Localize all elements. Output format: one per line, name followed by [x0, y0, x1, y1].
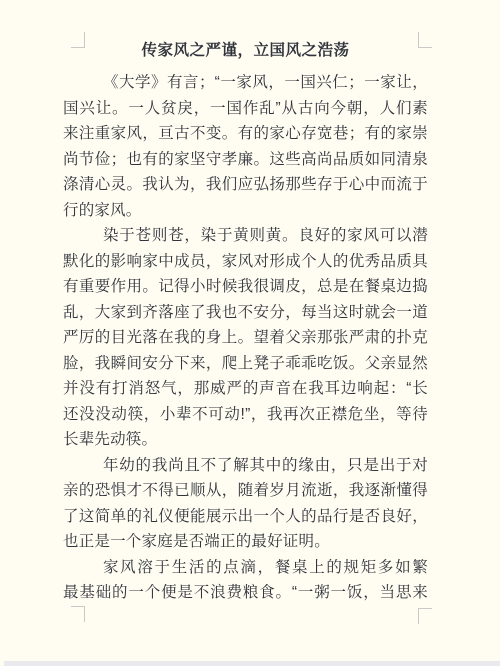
text-line: 行的家风。	[63, 198, 428, 224]
text-line: 涤清心灵。我认为，我们应弘扬那些存于心中而流于	[63, 172, 428, 198]
text-line: 长辈先动筷。	[63, 427, 428, 453]
text-boundary-mark-bottom-right	[418, 608, 432, 624]
text-line: 国兴让。一人贫戾，一国作乱”从古向今朝，人们素	[63, 96, 428, 122]
text-line: 严厉的目光落在我的身上。望着父亲那张严肃的扑克	[63, 325, 428, 351]
document-page: 传家风之严谨，立国风之浩荡 《大学》有言；“一家风，一国兴仁；一家让，一国兴让。…	[0, 0, 500, 666]
text-boundary-mark-bottom-left	[71, 606, 85, 622]
text-line: 有重要作用。记得小时候我很调皮，总是在餐桌边捣	[63, 274, 428, 300]
document-content: 传家风之严谨，立国风之浩荡 《大学》有言；“一家风，一国兴仁；一家让，一国兴让。…	[63, 38, 428, 606]
text-line: 并没有打消怒气，那威严的声音在我耳边响起：“长辈	[63, 376, 428, 402]
text-line: 尚节俭；也有的家坚守孝廉。这些高尚品质如同清泉	[63, 147, 428, 173]
text-line: 默化的影响家中成员，家风对形成个人的优秀品质具	[63, 249, 428, 275]
text-line: 还没没动筷，小辈不可动!”，我再次正襟危坐，等待	[63, 402, 428, 428]
text-line: 最基础的一个便是不浪费粮食。“一粥一饭，当思来处	[63, 580, 428, 606]
text-line: 来注重家风，亘古不变。有的家心存宽巷；有的家崇	[63, 121, 428, 147]
text-line: 了这简单的礼仪便能展示出一个人的品行是否良好，	[63, 504, 428, 530]
document-body: 《大学》有言；“一家风，一国兴仁；一家让，一国兴让。一人贫戾，一国作乱”从古向今…	[63, 70, 428, 606]
document-title: 传家风之严谨，立国风之浩荡	[63, 38, 428, 64]
text-line: 脸，我瞬间安分下来，爬上凳子乖乖吃饭。父亲显然	[63, 351, 428, 377]
text-line: 《大学》有言；“一家风，一国兴仁；一家让，一	[63, 70, 428, 96]
text-line: 染于苍则苍，染于黄则黄。良好的家风可以潜移	[63, 223, 428, 249]
text-line: 亲的恐惧才不得已顺从，随着岁月流逝，我逐渐懂得	[63, 478, 428, 504]
page-bottom-edge-strip	[4, 661, 500, 666]
text-line: 也正是一个家庭是否端正的最好证明。	[63, 529, 428, 555]
text-line: 乱，大家到齐落座了我也不安分，每当这时就会一道	[63, 300, 428, 326]
text-line: 年幼的我尚且不了解其中的缘由，只是出于对父	[63, 453, 428, 479]
text-line: 家风溶于生活的点滴，餐桌上的规矩多如繁星，	[63, 555, 428, 581]
